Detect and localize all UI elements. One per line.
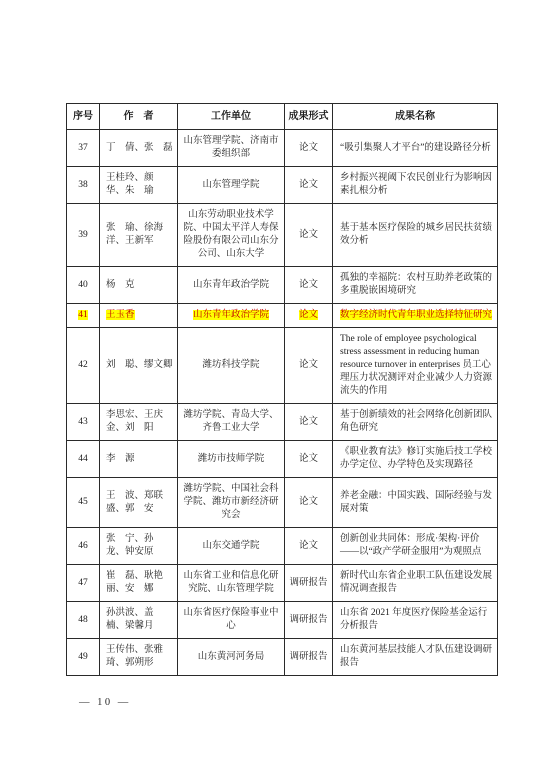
cell-no: 45 — [67, 478, 100, 528]
cell-text: 潍坊市技师学院 — [198, 454, 265, 464]
table-row: 41王玉香山东青年政治学院论文数字经济时代青年职业选择特征研究 — [67, 304, 498, 328]
cell-text: 论文 — [299, 417, 318, 427]
cell-text: “吸引集聚人才平台”的建设路径分析 — [340, 143, 491, 153]
table-row: 46张 宁、孙 龙、钟安原山东交通学院论文创新创业共同体：形成·架构·评价——以… — [67, 528, 498, 565]
cell-text: 山东省工业和信息化研究院、山东管理学院 — [183, 571, 278, 594]
cell-text: 崔 磊、耿艳丽、安 娜 — [106, 571, 163, 594]
cell-form: 论文 — [285, 304, 333, 328]
cell-title: 孤独的幸福院：农村互助养老政策的多重脱嵌困境研究 — [333, 267, 498, 304]
table-row: 42刘 聪、缪文卿潍坊科技学院论文The role of employee ps… — [67, 328, 498, 404]
cell-unit: 潍坊科技学院 — [178, 328, 285, 404]
cell-text: 39 — [78, 230, 88, 240]
cell-text: 论文 — [299, 143, 318, 153]
cell-no: 41 — [67, 304, 100, 328]
cell-title: 乡村振兴视阈下农民创业行为影响因素扎根分析 — [333, 167, 498, 204]
cell-authors: 杨 克 — [100, 267, 178, 304]
cell-title: “吸引集聚人才平台”的建设路径分析 — [333, 130, 498, 167]
cell-form: 论文 — [285, 204, 333, 267]
cell-text: 李 源 — [106, 454, 135, 464]
cell-no: 48 — [67, 602, 100, 639]
cell-text: 丁 倩、张 磊 — [106, 143, 173, 153]
cell-title: The role of employee psychological stres… — [333, 328, 498, 404]
document-page: 序号作 者工作单位成果形式成果名称 37丁 倩、张 磊山东管理学院、济南市委组织… — [0, 0, 554, 783]
cell-unit: 山东青年政治学院 — [178, 267, 285, 304]
cell-text: 王玉香 — [106, 310, 135, 320]
cell-unit: 山东省医疗保险事业中心 — [178, 602, 285, 639]
cell-text: 杨 克 — [106, 280, 135, 290]
column-header: 工作单位 — [178, 104, 285, 130]
cell-title: 基于基本医疗保险的城乡居民扶贫绩效分析 — [333, 204, 498, 267]
cell-unit: 山东青年政治学院 — [178, 304, 285, 328]
cell-text: 论文 — [299, 454, 318, 464]
column-header: 序号 — [67, 104, 100, 130]
cell-title: 创新创业共同体：形成·架构·评价——以“政产学研金服用”为观照点 — [333, 528, 498, 565]
cell-text: 调研报告 — [289, 578, 327, 588]
cell-text: 山东劳动职业技术学院、中国太平洋人寿保险股份有限公司山东分公司、山东大学 — [183, 210, 278, 259]
cell-text: 41 — [78, 310, 88, 320]
cell-text: 调研报告 — [289, 652, 327, 662]
cell-no: 42 — [67, 328, 100, 404]
cell-text: 王桂玲、颜 华、朱 瑜 — [106, 173, 163, 196]
page-number: — 10 — — [79, 697, 131, 708]
cell-text: 孤独的幸福院：农村互助养老政策的多重脱嵌困境研究 — [340, 273, 492, 296]
cell-text: 40 — [78, 280, 88, 290]
cell-authors: 李 源 — [100, 441, 178, 478]
cell-authors: 刘 聪、缪文卿 — [100, 328, 178, 404]
cell-authors: 孙洪波、盖 楠、梁馨月 — [100, 602, 178, 639]
cell-authors: 李思宏、王庆金、刘 阳 — [100, 404, 178, 441]
cell-text: 山东管理学院 — [202, 180, 259, 190]
cell-no: 39 — [67, 204, 100, 267]
cell-text: 山东青年政治学院 — [193, 280, 269, 290]
cell-authors: 王桂玲、颜 华、朱 瑜 — [100, 167, 178, 204]
table-row: 39张 瑜、徐海洋、王新军山东劳动职业技术学院、中国太平洋人寿保险股份有限公司山… — [67, 204, 498, 267]
cell-text: 孙洪波、盖 楠、梁馨月 — [106, 608, 163, 631]
cell-text: 潍坊学院、中国社会科学院、潍坊市新经济研究会 — [183, 484, 278, 520]
cell-title: 山东省 2021 年度医疗保险基金运行分析报告 — [333, 602, 498, 639]
cell-text: 论文 — [299, 310, 318, 320]
cell-text: 49 — [78, 652, 88, 662]
cell-text: 乡村振兴视阈下农民创业行为影响因素扎根分析 — [340, 173, 492, 196]
cell-unit: 山东交通学院 — [178, 528, 285, 565]
cell-text: 论文 — [299, 180, 318, 190]
cell-authors: 崔 磊、耿艳丽、安 娜 — [100, 565, 178, 602]
cell-text: 48 — [78, 615, 88, 625]
cell-text: 数字经济时代青年职业选择特征研究 — [340, 310, 492, 320]
cell-form: 论文 — [285, 130, 333, 167]
column-header: 作 者 — [100, 104, 178, 130]
cell-no: 49 — [67, 639, 100, 676]
table-row: 38王桂玲、颜 华、朱 瑜山东管理学院论文乡村振兴视阈下农民创业行为影响因素扎根… — [67, 167, 498, 204]
cell-title: 养老金融：中国实践、国际经验与发展对策 — [333, 478, 498, 528]
table-row: 49王传伟、张雅琦、郭朔形山东黄河河务局调研报告山东黄河基层技能人才队伍建设调研… — [67, 639, 498, 676]
cell-text: 养老金融：中国实践、国际经验与发展对策 — [340, 491, 492, 514]
cell-authors: 王传伟、张雅琦、郭朔形 — [100, 639, 178, 676]
cell-form: 调研报告 — [285, 602, 333, 639]
cell-text: 刘 聪、缪文卿 — [106, 360, 173, 370]
results-table: 序号作 者工作单位成果形式成果名称 37丁 倩、张 磊山东管理学院、济南市委组织… — [66, 103, 498, 676]
cell-text: 论文 — [299, 360, 318, 370]
table-row: 44李 源潍坊市技师学院论文《职业教育法》修订实施后技工学校办学定位、办学特色及… — [67, 441, 498, 478]
cell-authors: 丁 倩、张 磊 — [100, 130, 178, 167]
cell-authors: 张 宁、孙 龙、钟安原 — [100, 528, 178, 565]
cell-text: 潍坊科技学院 — [202, 360, 259, 370]
cell-text: 《职业教育法》修订实施后技工学校办学定位、办学特色及实现路径 — [340, 447, 492, 470]
column-header: 成果形式 — [285, 104, 333, 130]
cell-text: 调研报告 — [289, 615, 327, 625]
cell-text: 38 — [78, 180, 88, 190]
cell-text: 山东管理学院、济南市委组织部 — [183, 136, 278, 159]
cell-title: 《职业教育法》修订实施后技工学校办学定位、办学特色及实现路径 — [333, 441, 498, 478]
cell-text: 张 瑜、徐海洋、王新军 — [106, 223, 163, 246]
cell-text: 山东黄河基层技能人才队伍建设调研报告 — [340, 645, 492, 668]
cell-text: 论文 — [299, 497, 318, 507]
cell-no: 43 — [67, 404, 100, 441]
cell-form: 论文 — [285, 441, 333, 478]
cell-unit: 山东黄河河务局 — [178, 639, 285, 676]
cell-text: The role of employee psychological stres… — [340, 334, 492, 396]
cell-no: 47 — [67, 565, 100, 602]
table-row: 40杨 克山东青年政治学院论文孤独的幸福院：农村互助养老政策的多重脱嵌困境研究 — [67, 267, 498, 304]
cell-no: 44 — [67, 441, 100, 478]
cell-unit: 潍坊市技师学院 — [178, 441, 285, 478]
cell-title: 基于创新绩效的社会网络化创新团队角色研究 — [333, 404, 498, 441]
cell-form: 论文 — [285, 167, 333, 204]
cell-form: 论文 — [285, 478, 333, 528]
cell-text: 基于基本医疗保险的城乡居民扶贫绩效分析 — [340, 223, 492, 246]
cell-title: 山东黄河基层技能人才队伍建设调研报告 — [333, 639, 498, 676]
cell-text: 张 宁、孙 龙、钟安原 — [106, 534, 163, 557]
cell-unit: 潍坊学院、中国社会科学院、潍坊市新经济研究会 — [178, 478, 285, 528]
cell-no: 46 — [67, 528, 100, 565]
cell-text: 山东省 2021 年度医疗保险基金运行分析报告 — [340, 608, 487, 631]
cell-no: 38 — [67, 167, 100, 204]
cell-text: 山东黄河河务局 — [198, 652, 265, 662]
cell-title: 新时代山东省企业职工队伍建设发展情况调查报告 — [333, 565, 498, 602]
table-row: 48孙洪波、盖 楠、梁馨月山东省医疗保险事业中心调研报告山东省 2021 年度医… — [67, 602, 498, 639]
table-row: 45王 波、郑联盛、郭 安潍坊学院、中国社会科学院、潍坊市新经济研究会论文养老金… — [67, 478, 498, 528]
cell-text: 王 波、郑联盛、郭 安 — [106, 491, 163, 514]
table-row: 47崔 磊、耿艳丽、安 娜山东省工业和信息化研究院、山东管理学院调研报告新时代山… — [67, 565, 498, 602]
cell-authors: 王玉香 — [100, 304, 178, 328]
cell-form: 论文 — [285, 528, 333, 565]
cell-text: 潍坊学院、青岛大学、齐鲁工业大学 — [183, 410, 278, 433]
cell-text: 论文 — [299, 541, 318, 551]
cell-authors: 王 波、郑联盛、郭 安 — [100, 478, 178, 528]
cell-authors: 张 瑜、徐海洋、王新军 — [100, 204, 178, 267]
cell-text: 42 — [78, 360, 88, 370]
cell-form: 论文 — [285, 328, 333, 404]
cell-text: 37 — [78, 143, 88, 153]
results-tbody: 37丁 倩、张 磊山东管理学院、济南市委组织部论文“吸引集聚人才平台”的建设路径… — [67, 130, 498, 676]
cell-unit: 山东省工业和信息化研究院、山东管理学院 — [178, 565, 285, 602]
cell-text: 创新创业共同体：形成·架构·评价——以“政产学研金服用”为观照点 — [340, 534, 481, 557]
cell-text: 山东交通学院 — [202, 541, 259, 551]
cell-text: 44 — [78, 454, 88, 464]
cell-text: 46 — [78, 541, 88, 551]
cell-text: 新时代山东省企业职工队伍建设发展情况调查报告 — [340, 571, 492, 594]
cell-text: 李思宏、王庆金、刘 阳 — [106, 410, 163, 433]
cell-text: 43 — [78, 417, 88, 427]
cell-text: 山东青年政治学院 — [193, 310, 269, 320]
cell-form: 调研报告 — [285, 565, 333, 602]
cell-no: 40 — [67, 267, 100, 304]
cell-unit: 山东劳动职业技术学院、中国太平洋人寿保险股份有限公司山东分公司、山东大学 — [178, 204, 285, 267]
cell-unit: 山东管理学院、济南市委组织部 — [178, 130, 285, 167]
column-header: 成果名称 — [333, 104, 498, 130]
cell-form: 调研报告 — [285, 639, 333, 676]
cell-text: 王传伟、张雅琦、郭朔形 — [106, 645, 163, 668]
cell-title: 数字经济时代青年职业选择特征研究 — [333, 304, 498, 328]
cell-text: 45 — [78, 497, 88, 507]
cell-text: 论文 — [299, 280, 318, 290]
cell-text: 47 — [78, 578, 88, 588]
cell-form: 论文 — [285, 267, 333, 304]
cell-no: 37 — [67, 130, 100, 167]
cell-unit: 山东管理学院 — [178, 167, 285, 204]
cell-form: 论文 — [285, 404, 333, 441]
table-row: 37丁 倩、张 磊山东管理学院、济南市委组织部论文“吸引集聚人才平台”的建设路径… — [67, 130, 498, 167]
header-row: 序号作 者工作单位成果形式成果名称 — [67, 104, 498, 130]
cell-text: 山东省医疗保险事业中心 — [183, 608, 278, 631]
cell-text: 基于创新绩效的社会网络化创新团队角色研究 — [340, 410, 492, 433]
table-row: 43李思宏、王庆金、刘 阳潍坊学院、青岛大学、齐鲁工业大学论文基于创新绩效的社会… — [67, 404, 498, 441]
cell-unit: 潍坊学院、青岛大学、齐鲁工业大学 — [178, 404, 285, 441]
cell-text: 论文 — [299, 230, 318, 240]
